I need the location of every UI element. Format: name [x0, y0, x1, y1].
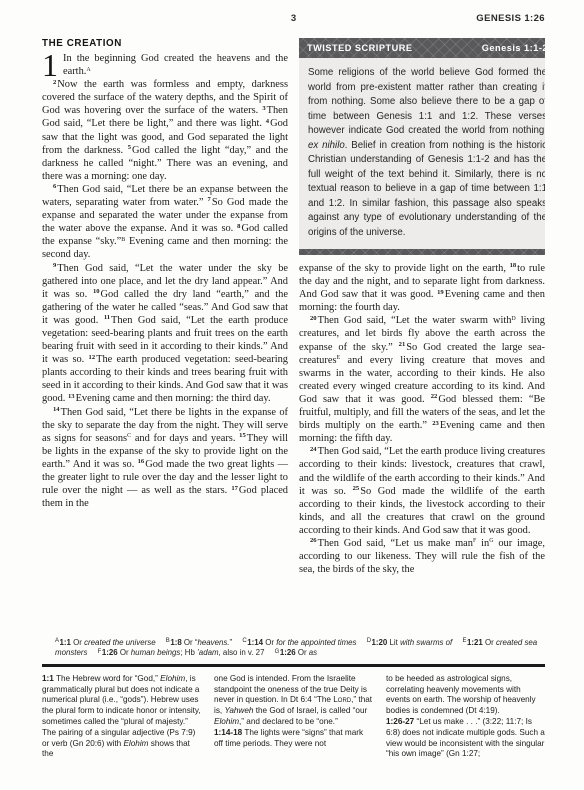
bold-reference: 1:14-18	[214, 728, 242, 737]
study-notes-column-3: to be heeded as astrological signs, corr…	[386, 674, 545, 760]
text-run: to be heeded as astrological signs, corr…	[386, 674, 536, 715]
italic-text: as	[309, 648, 317, 657]
scripture-column-left: THE CREATION 1In the beginning God creat…	[42, 38, 288, 632]
paragraph: to be heeded as astrological signs, corr…	[386, 674, 545, 717]
footnote-ref: 1:26	[280, 648, 298, 657]
verse-number: 9	[53, 262, 56, 269]
verse-number: 23	[432, 420, 439, 427]
running-head-reference: GENESIS 1:26	[476, 13, 545, 24]
paragraph: 24Then God said, “Let the earth produce …	[299, 445, 545, 537]
divider-rule	[42, 664, 545, 667]
verse-number: 22	[431, 393, 438, 400]
footnote: G1:26 Or as	[275, 648, 317, 657]
footnote-letter: A	[55, 638, 59, 644]
scripture-columns: THE CREATION 1In the beginning God creat…	[42, 38, 545, 632]
scripture-column-right: TWISTED SCRIPTURE Genesis 1:1-2 Some rel…	[299, 38, 545, 632]
page-number: 3	[42, 13, 545, 24]
text-run: in	[476, 538, 489, 549]
italic-text: ’adam	[197, 648, 219, 657]
footnote-letter: C	[242, 638, 246, 644]
footnote-ref: 1:21	[467, 638, 485, 647]
text-run: , is grammatically plural but does not i…	[42, 674, 201, 748]
text-run: Lit	[390, 638, 401, 647]
verse-number: 18	[510, 262, 517, 269]
text-run: Or “	[184, 638, 198, 647]
study-notes-column-2: one God is intended. From the Israelite …	[214, 674, 373, 760]
study-notes: 1:1 The Hebrew word for “God,” Elohim, i…	[42, 674, 545, 760]
footnote-letter: B	[166, 638, 170, 644]
chapter-opening-paragraph: 1In the beginning God created the heaven…	[42, 52, 288, 78]
callout-body: Some religions of the world believe God …	[299, 58, 545, 249]
italic-text: with swarms of	[400, 638, 452, 647]
italic-text: Yahweh	[224, 706, 253, 715]
footnote-letter: E	[462, 638, 466, 644]
section-heading: THE CREATION	[42, 38, 288, 49]
italic-text: Elohim	[214, 717, 239, 726]
footnote: F1:26 Or human beings; Hb ’adam, also in…	[98, 648, 265, 657]
footnote-letter: G	[275, 649, 280, 655]
footnote-marker: D	[511, 316, 515, 322]
verse-number: 14	[53, 406, 60, 413]
verse-number: 15	[239, 432, 246, 439]
text-run: Then God said, “Let us make man	[318, 538, 473, 549]
translation-footnotes: A1:1 Or created the universe B1:8 Or “he…	[42, 638, 545, 659]
verse-number: 25	[353, 485, 360, 492]
paragraph: 6Then God said, “Let there be an expanse…	[42, 183, 288, 262]
footnote-ref: 1:1	[60, 638, 74, 647]
footnote: C1:14 Or for the appointed times	[242, 638, 356, 647]
text-run: Or	[298, 648, 309, 657]
verse-number: 3	[262, 105, 265, 112]
footnote-marker: E	[337, 355, 341, 361]
bold-reference: 1:1	[42, 674, 54, 683]
verse-number: 5	[128, 144, 131, 151]
text-run: . Belief in creation from nothing is the…	[308, 140, 545, 238]
callout-reference: Genesis 1:1-2	[482, 43, 545, 53]
text-run: Now the earth was formless and empty, da…	[42, 79, 288, 116]
verse-number: 6	[53, 183, 56, 190]
verse-number: 2	[53, 79, 56, 86]
paragraph: expanse of the sky to provide light on t…	[299, 262, 545, 314]
paragraph: 2Now the earth was formless and empty, d…	[42, 78, 288, 183]
text-run: ”	[230, 638, 233, 647]
text-run: the God of Israel, is called “our	[253, 706, 367, 715]
text-run: ; Hb	[180, 648, 197, 657]
footnote-marker: A	[86, 67, 90, 73]
bible-page: 3 GENESIS 1:26 THE CREATION 1In the begi…	[0, 0, 584, 790]
italic-text: ex nihilo	[308, 140, 345, 151]
text-run: expanse of the sky to provide light on t…	[299, 263, 510, 274]
verse-number: 24	[310, 446, 317, 453]
callout-header: TWISTED SCRIPTURE Genesis 1:1-2	[299, 38, 545, 58]
callout-title: TWISTED SCRIPTURE	[307, 43, 412, 53]
paragraph: 1:14-18 The lights were “signs” that mar…	[214, 728, 373, 750]
paragraph: 9Then God said, “Let the water under the…	[42, 262, 288, 406]
verse-number: 13	[68, 393, 75, 400]
italic-text: for the appointed times	[276, 638, 356, 647]
footnote-ref: 1:8	[170, 638, 184, 647]
text-run: Or	[485, 638, 496, 647]
footnote-marker: F	[473, 538, 476, 544]
footnote-marker: B	[121, 237, 125, 243]
text-run: and for days and years.	[131, 433, 239, 444]
verse-number: 7	[208, 196, 211, 203]
verse-number: 26	[310, 537, 317, 544]
text-run: Or	[120, 648, 131, 657]
right-column-text: expanse of the sky to provide light on t…	[299, 262, 545, 576]
paragraph: one God is intended. From the Israelite …	[214, 674, 373, 728]
callout-footer-band	[299, 249, 545, 255]
text-run: In the beginning God created the heavens…	[63, 53, 288, 77]
twisted-scripture-callout: TWISTED SCRIPTURE Genesis 1:1-2 Some rel…	[299, 38, 545, 255]
verse-number: 11	[104, 314, 110, 321]
verse-number: 4	[266, 118, 269, 125]
footnote-ref: 1:20	[372, 638, 390, 647]
text-run: Or	[265, 638, 276, 647]
chapter-number-dropcap: 1	[42, 52, 63, 78]
paragraph: 26Then God said, “Let us make manF inG o…	[299, 537, 545, 576]
italic-text: Elohim	[123, 739, 148, 748]
italic-text: Elohim	[160, 674, 185, 683]
small-caps-text: ord	[338, 695, 351, 704]
verse-number: 10	[93, 288, 100, 295]
text-run: Or	[73, 638, 84, 647]
text-run: , also in v. 27	[219, 648, 265, 657]
footnote: D1:20 Lit with swarms of	[367, 638, 453, 647]
footnote-letter: D	[367, 638, 371, 644]
text-run: Then God said, “Let the water swarm with	[318, 315, 512, 326]
verse-number: 19	[437, 289, 444, 296]
verse-number: 16	[138, 458, 145, 465]
italic-text: heavens.	[198, 638, 230, 647]
italic-text: created the universe	[84, 638, 156, 647]
text-run: The Hebrew word for “God,”	[54, 674, 160, 683]
verse-number: 8	[237, 223, 240, 230]
verse-number: 12	[89, 354, 96, 361]
footnote: A1:1 Or created the universe	[55, 638, 156, 647]
running-head: 3 GENESIS 1:26	[42, 13, 545, 26]
paragraph: 14Then God said, “Let there be lights in…	[42, 406, 288, 511]
paragraph: 1:1 The Hebrew word for “God,” Elohim, i…	[42, 674, 201, 760]
bold-reference: 1:26-27	[386, 717, 414, 726]
verse-number: 17	[231, 485, 238, 492]
footnote-ref: 1:14	[247, 638, 265, 647]
footnote-ref: 1:26	[102, 648, 120, 657]
footnote: B1:8 Or “heavens.”	[166, 638, 232, 647]
footnote-marker: C	[127, 433, 131, 439]
text-run: ,” and declared to be “one.”	[239, 717, 338, 726]
verse-number: 21	[399, 341, 406, 348]
paragraph: 1:26-27 “Let us make . . .” (3:22; 11:7;…	[386, 717, 545, 760]
verse-number: 20	[310, 315, 317, 322]
left-column-text: 1In the beginning God created the heaven…	[42, 52, 288, 510]
italic-text: human beings	[131, 648, 181, 657]
study-notes-column-1: 1:1 The Hebrew word for “God,” Elohim, i…	[42, 674, 201, 760]
paragraph: 20Then God said, “Let the water swarm wi…	[299, 314, 545, 445]
text-run: Some religions of the world believe God …	[308, 67, 545, 136]
footnote-letter: F	[98, 649, 102, 655]
text-run: Evening came and then morning: the third…	[76, 393, 271, 404]
footnote-marker: G	[489, 538, 493, 544]
paragraph: Some religions of the world believe God …	[308, 66, 545, 240]
